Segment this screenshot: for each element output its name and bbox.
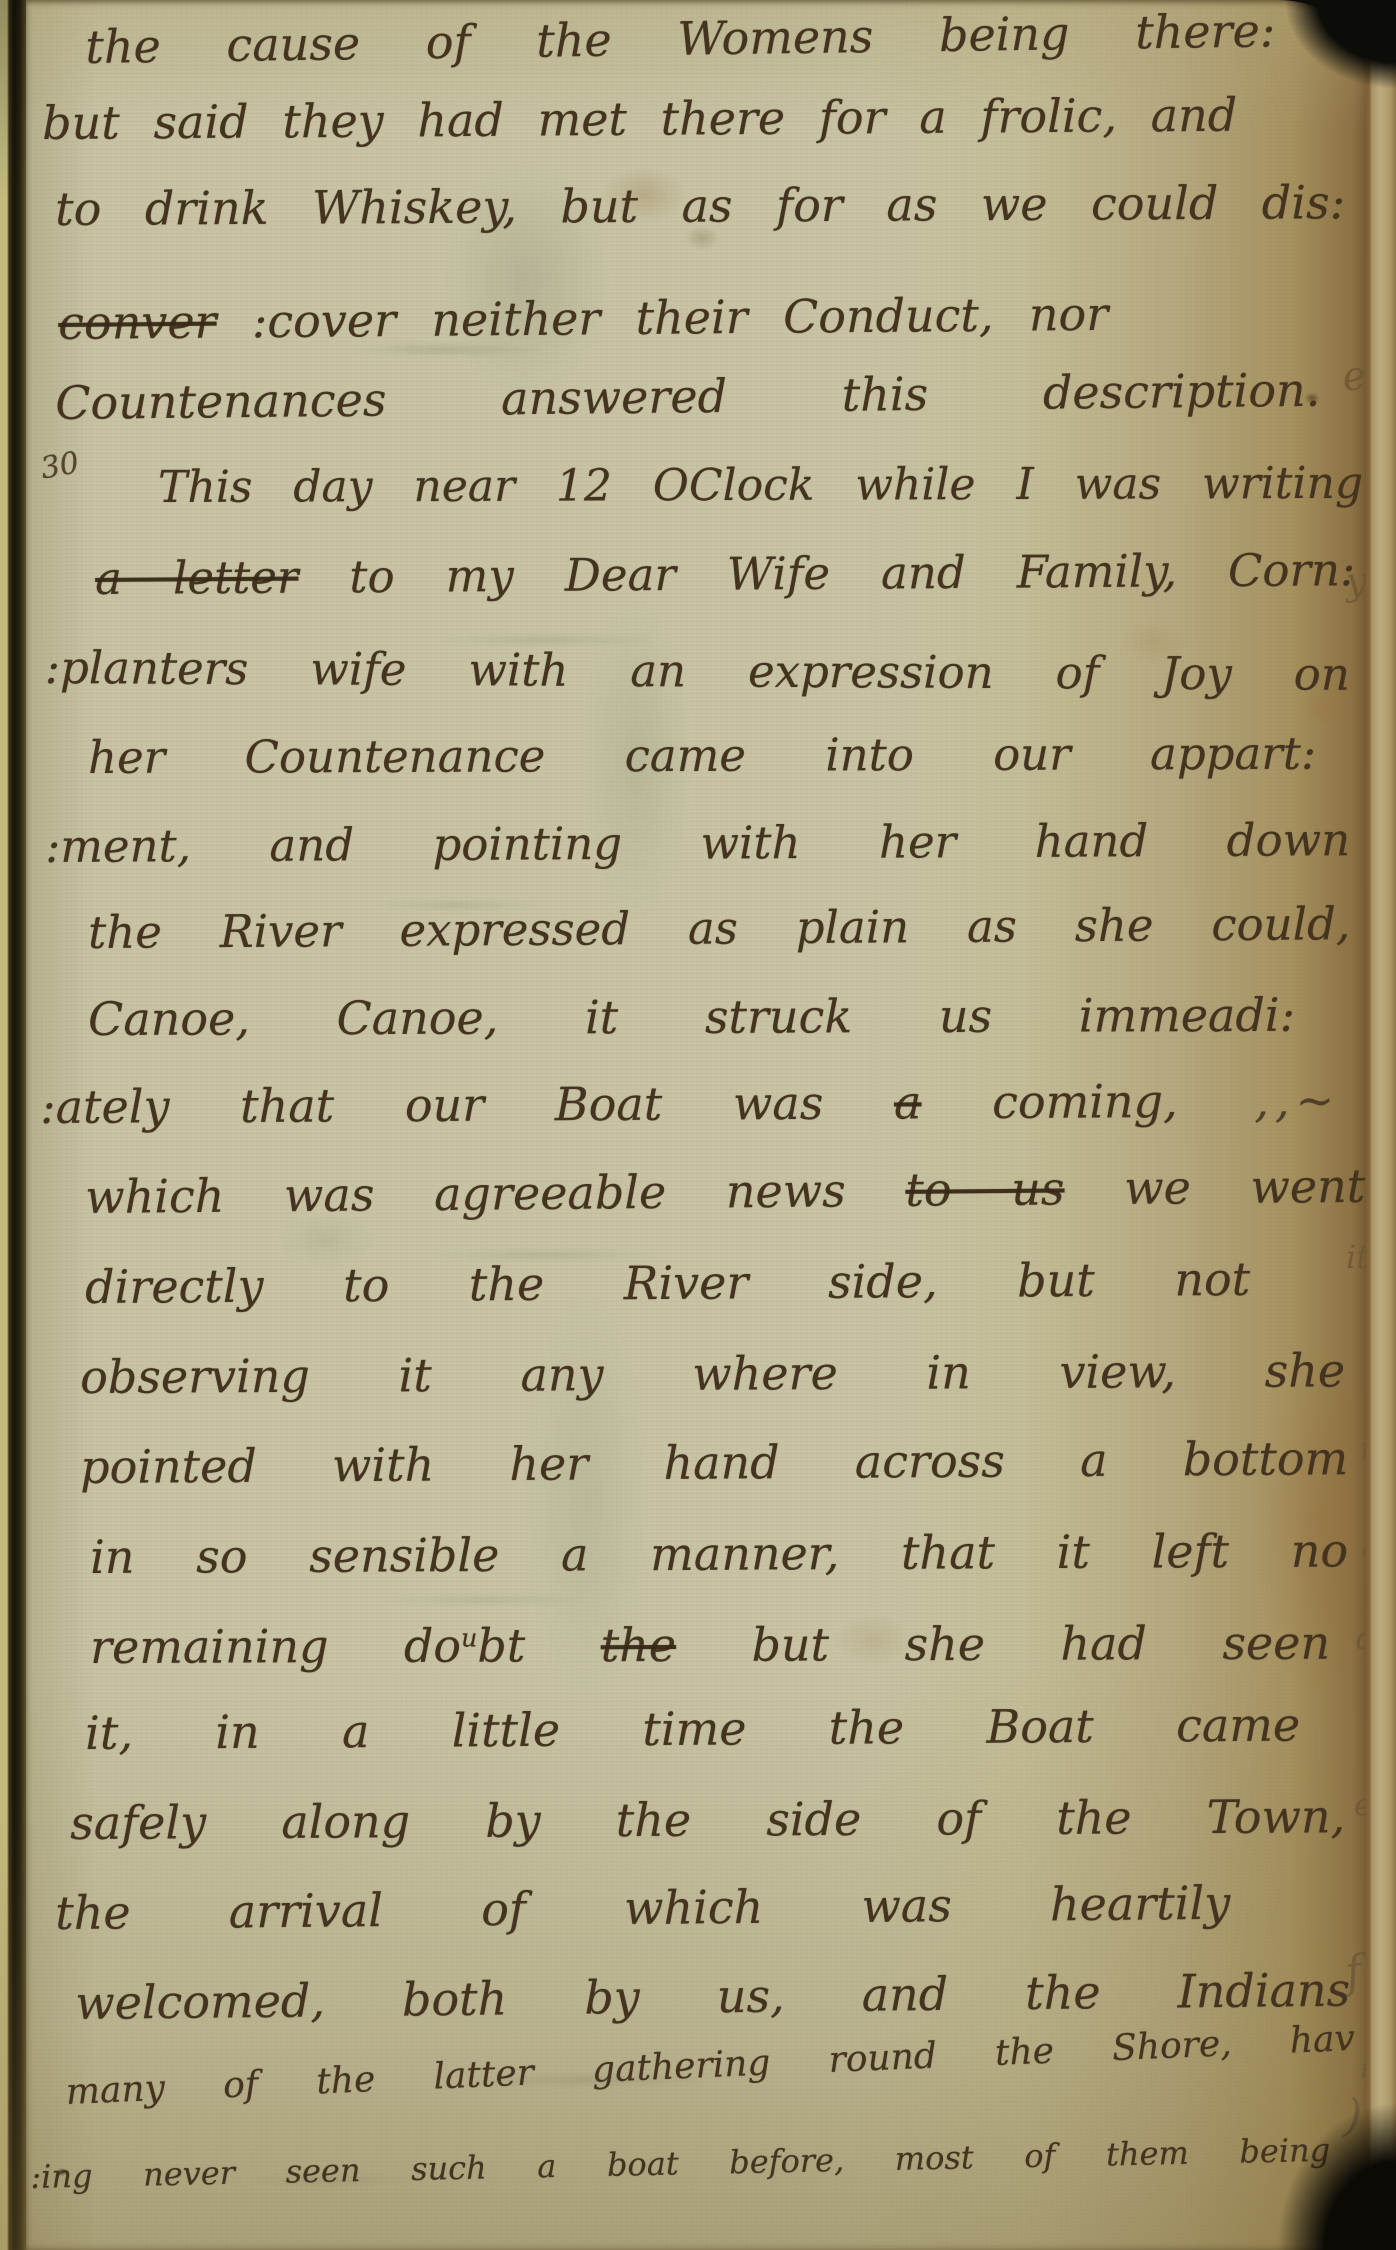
manuscript-text: her Countenance came into our appart: (88, 727, 1316, 784)
page-edge-mark: y (1344, 559, 1368, 604)
manuscript-line: which was agreeable news to us we went (85, 1159, 1365, 1224)
page-edge-mark: ) (1342, 2088, 1364, 2143)
manuscript-line: :ment, and pointing with her hand down (45, 813, 1350, 873)
manuscript-photo: 30 the cause of the Womens being there:b… (0, 0, 1396, 2250)
manuscript-line: directly to the River side, but not (85, 1252, 1250, 1314)
manuscript-line: welcomed, both by us, and the Indians (75, 1963, 1350, 2030)
manuscript-text: in so sensible a manner, that it left no (90, 1523, 1348, 1584)
struck-out-word: conver (58, 295, 217, 350)
manuscript-text: to drink Whiskey, but as for as we could… (55, 175, 1345, 236)
page-edge-mark: e (1340, 353, 1368, 401)
manuscript-line: pointed with her hand across a bottom (80, 1431, 1348, 1494)
struck-out-word: a (894, 1075, 922, 1129)
manuscript-text: but she had seen (676, 1616, 1330, 1672)
manuscript-text: Countenances answered this description. (55, 363, 1320, 430)
manuscript-line: safely along by the side of the Town, (70, 1789, 1345, 1850)
manuscript-line: but said they had met there for a frolic… (42, 88, 1237, 150)
manuscript-text: ,,~ (1178, 1073, 1341, 1128)
manuscript-text: :planters wife with an expression of Joy… (45, 641, 1350, 701)
margin-day-number: 30 (38, 445, 82, 486)
manuscript-line: her Countenance came into our appart: (88, 727, 1316, 784)
manuscript-text: Canoe, Canoe, it struck us immeadi: (88, 988, 1295, 1046)
manuscript-text: the arrival of which was heartily (55, 1876, 1230, 1940)
manuscript-line: the arrival of which was heartily (55, 1876, 1230, 1940)
manuscript-line: This day near 12 OClock while I was writ… (158, 458, 1363, 513)
manuscript-text: remaining do (90, 1619, 461, 1674)
struck-out-word: the (601, 1618, 677, 1672)
manuscript-line: :ing never seen such a boat before, most… (30, 2131, 1331, 2196)
manuscript-text: the River expressed as plain as she coul… (88, 897, 1350, 959)
manuscript-text: but said they had met there for a frolic… (42, 88, 1237, 150)
manuscript-line: Countenances answered this description. (55, 363, 1320, 430)
manuscript-line: :planters wife with an expression of Joy… (45, 641, 1350, 701)
manuscript-text: :ing never seen such a boat before, most… (30, 2131, 1331, 2196)
manuscript-text: welcomed, both by us, and the Indians (75, 1963, 1350, 2030)
manuscript-line: to drink Whiskey, but as for as we could… (55, 175, 1345, 236)
manuscript-line: conver :cover neither their Conduct, nor (58, 287, 1108, 350)
manuscript-text: the cause of the Womens being there: (85, 3, 1276, 74)
manuscript-text: which was agreeable news (85, 1163, 906, 1224)
manuscript-text: This day near 12 OClock while I was writ… (158, 458, 1363, 513)
manuscript-line: the cause of the Womens being there: (85, 3, 1276, 74)
manuscript-text: :cover neither their Conduct, nor (216, 287, 1108, 349)
manuscript-line: Canoe, Canoe, it struck us immeadi: (88, 988, 1295, 1046)
manuscript-text: bt (477, 1618, 601, 1672)
manuscript-line: observing it any where in view, she (80, 1343, 1345, 1404)
manuscript-text: observing it any where in view, she (80, 1343, 1345, 1404)
struck-out-word: a letter (95, 551, 299, 605)
journal-page: 30 the cause of the Womens being there:b… (26, 0, 1372, 2250)
manuscript-text: many of the latter gathering round the S… (65, 2018, 1356, 2113)
manuscript-text: pointed with her hand across a bottom (80, 1431, 1348, 1494)
manuscript-text: to my Dear Wife and Family, Corn: (298, 543, 1355, 603)
manuscript-line: it, in a little time the Boat came (85, 1698, 1300, 1760)
manuscript-text: we went (1064, 1159, 1365, 1216)
manuscript-line: the River expressed as plain as she coul… (88, 897, 1350, 959)
next-page-edge (1366, 34, 1396, 2250)
manuscript-line: remaining doubt the but she had seen (90, 1616, 1330, 1674)
manuscript-text: :ment, and pointing with her hand down (45, 813, 1350, 873)
manuscript-line: in so sensible a manner, that it left no (90, 1523, 1348, 1584)
manuscript-text: safely along by the side of the Town, (70, 1789, 1345, 1850)
manuscript-line: many of the latter gathering round the S… (65, 2018, 1356, 2113)
manuscript-line: :ately that our Boat was a coming, ,,~ (40, 1073, 1340, 1134)
manuscript-text: u (461, 1623, 477, 1652)
manuscript-text: it, in a little time the Boat came (85, 1698, 1300, 1760)
manuscript-text: directly to the River side, but not (85, 1252, 1250, 1314)
manuscript-text: :ately that our Boat was (40, 1076, 894, 1134)
struck-out-word: to us (905, 1161, 1065, 1216)
manuscript-text: coming, (921, 1074, 1177, 1129)
manuscript-line: a letter to my Dear Wife and Family, Cor… (95, 543, 1355, 605)
